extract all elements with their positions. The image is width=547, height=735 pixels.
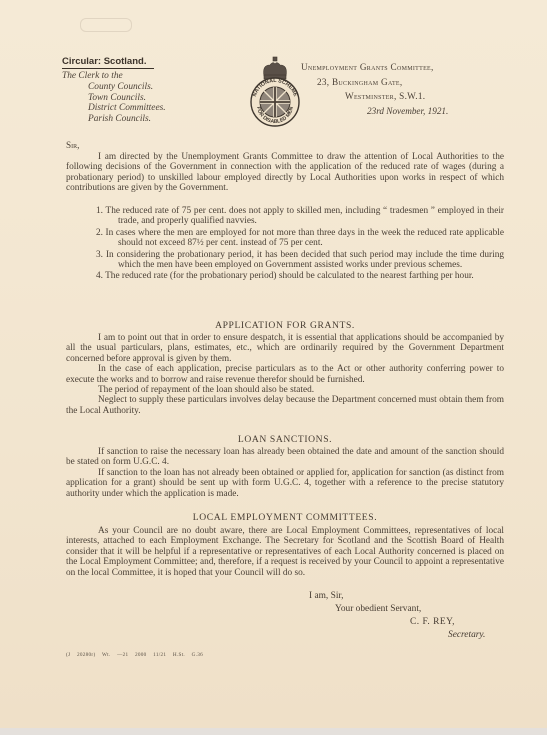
section-heading-application: APPLICATION FOR GRANTS. — [66, 320, 504, 331]
section-heading-loan-sanctions: LOAN SANCTIONS. — [66, 434, 504, 445]
addressee: Parish Councils. — [62, 114, 166, 125]
intro-paragraph: I am directed by the Unemployment Grants… — [66, 152, 504, 194]
addressee: The Clerk to the — [62, 71, 166, 82]
sender-city: Westminster, S.W.1. — [301, 89, 481, 104]
addressee: County Councils. — [62, 82, 166, 93]
sender-address: Unemployment Grants Committee, 23, Bucki… — [301, 60, 481, 118]
pencil-annotation-mark — [80, 18, 132, 32]
decision-item: 4. The reduced rate (for the probationar… — [96, 271, 504, 281]
local-employment-section: As your Council are no doubt aware, ther… — [66, 526, 504, 578]
decision-item: 2. In cases where the men are employed f… — [96, 228, 504, 249]
paragraph: If sanction to the loan has not already … — [66, 468, 504, 499]
section-heading-local-employment: LOCAL EMPLOYMENT COMMITTEES. — [66, 512, 504, 523]
addressee: Town Councils. — [62, 93, 166, 104]
closing-line: I am, Sir, — [309, 591, 344, 601]
decisions-list: 1. The reduced rate of 75 per cent. does… — [96, 206, 504, 283]
circular-label: Circular: Scotland. — [62, 56, 154, 69]
letter-date: 23rd November, 1921. — [301, 104, 481, 119]
signatory-name: C. F. REY, — [410, 617, 455, 627]
decision-item: 1. The reduced rate of 75 per cent. does… — [96, 206, 504, 227]
addressee-list: The Clerk to the County Councils. Town C… — [62, 71, 166, 125]
sender-name: Unemployment Grants Committee, — [301, 60, 481, 75]
crown-roundel-emblem-icon: NATIONAL SCHEME FOR DISABLED MEN — [246, 56, 304, 130]
paragraph: In the case of each application, precise… — [66, 364, 504, 385]
paragraph: The period of repayment of the loan shou… — [66, 385, 504, 395]
loan-sanctions-section: If sanction to raise the necessary loan … — [66, 447, 504, 499]
paragraph: If sanction to raise the necessary loan … — [66, 447, 504, 468]
application-section: I am to point out that in order to ensur… — [66, 333, 504, 416]
addressee: District Committees. — [62, 103, 166, 114]
closing-servant: Your obedient Servant, — [335, 604, 421, 614]
paragraph: I am to point out that in order to ensur… — [66, 333, 504, 364]
signatory-title: Secretary. — [448, 630, 485, 640]
sender-street: 23, Buckingham Gate, — [301, 75, 481, 90]
salutation: Sir, — [66, 140, 79, 150]
print-code: (J 20280r) Wt. —21 2000 11/21 H.St. G.36 — [66, 652, 203, 658]
paragraph: Neglect to supply these particulars invo… — [66, 395, 504, 416]
scan-bottom-edge — [0, 728, 547, 735]
decision-item: 3. In considering the probationary perio… — [96, 250, 504, 271]
paragraph: As your Council are no doubt aware, ther… — [66, 526, 504, 578]
